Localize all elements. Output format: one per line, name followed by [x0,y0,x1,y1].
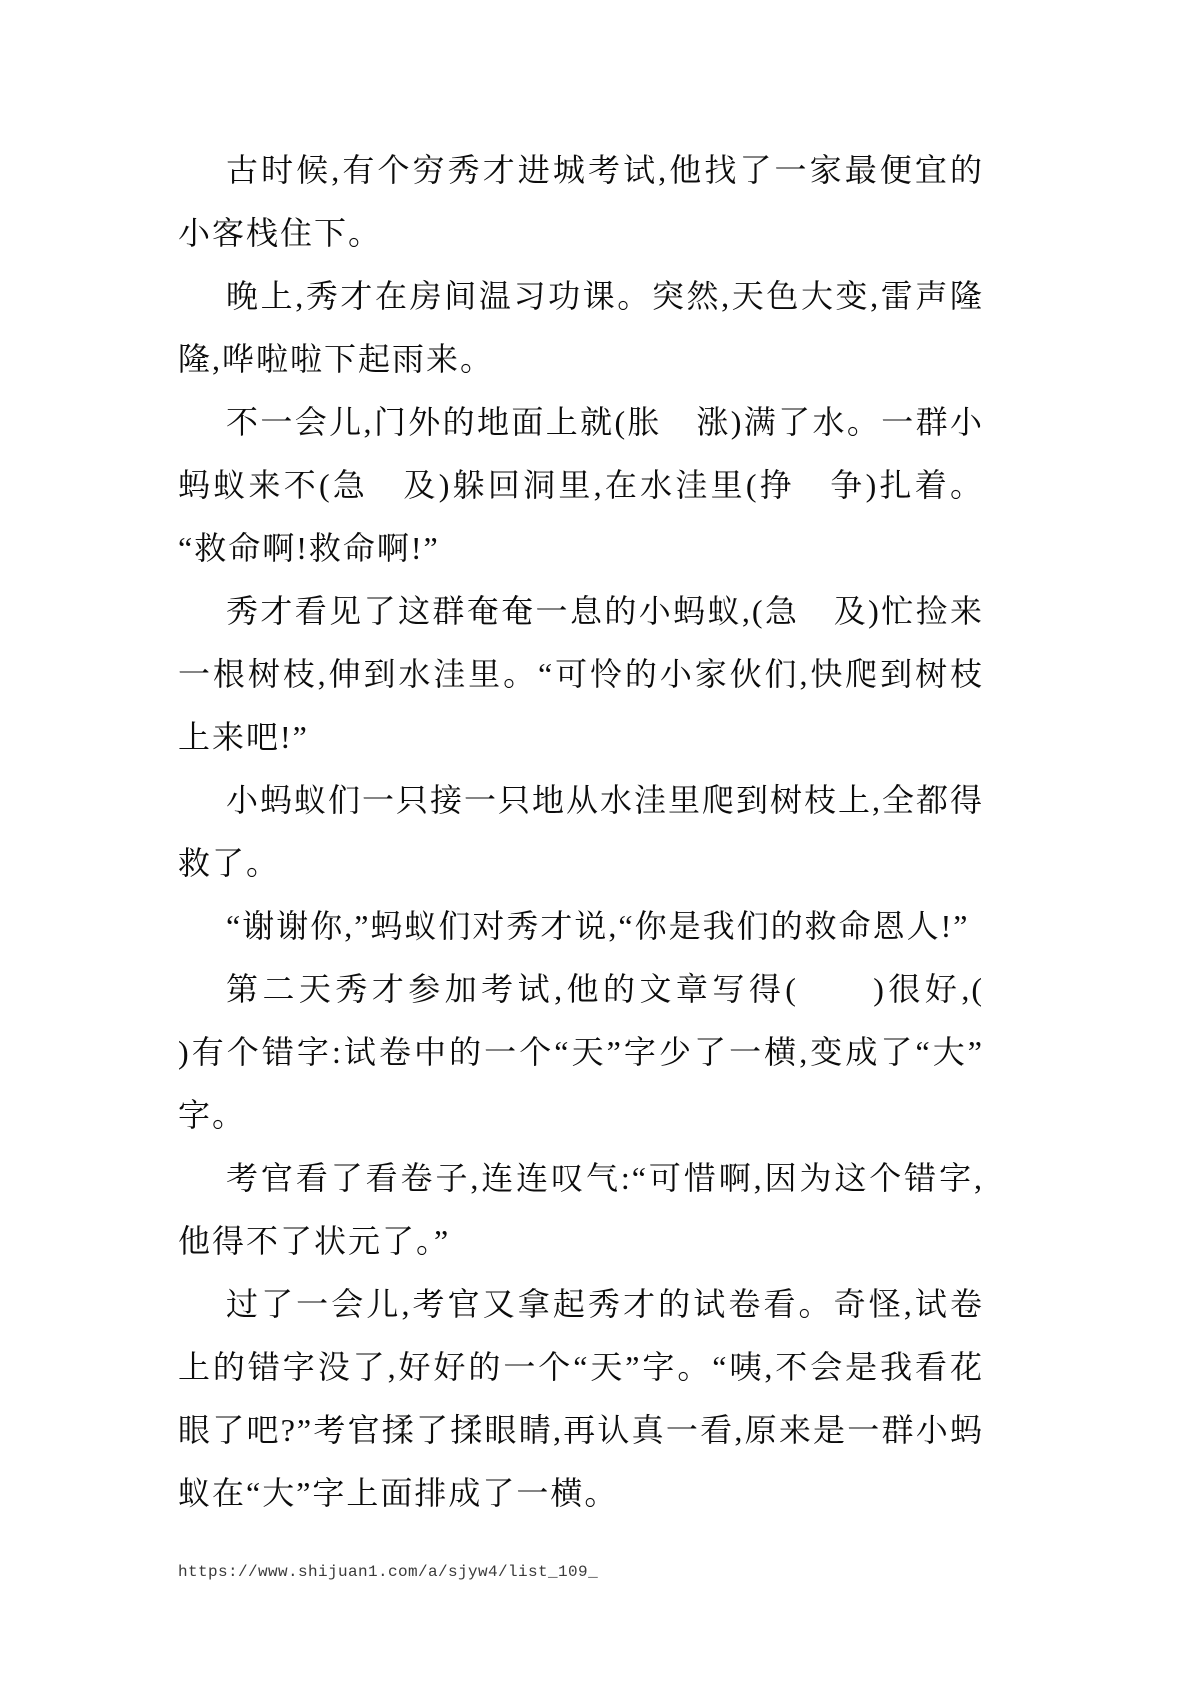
document-page: 古时候,有个穷秀才进城考试,他找了一家最便宜的小客栈住下。 晚上,秀才在房间温习… [0,0,1191,1684]
paragraph: “谢谢你,”蚂蚁们对秀才说,“你是我们的救命恩人!” [178,895,984,958]
paragraph: 古时候,有个穷秀才进城考试,他找了一家最便宜的小客栈住下。 [178,139,984,265]
paragraph: 晚上,秀才在房间温习功课。突然,天色大变,雷声隆隆,哗啦啦下起雨来。 [178,265,984,391]
paragraph: 不一会儿,门外的地面上就(胀 涨)满了水。一群小蚂蚁来不(急 及)躲回洞里,在水… [178,391,984,580]
paragraph: 考官看了看卷子,连连叹气:“可惜啊,因为这个错字,他得不了状元了。” [178,1147,984,1273]
footer-url: https://www.shijuan1.com/a/sjyw4/list_10… [178,1563,598,1581]
paragraph: 小蚂蚁们一只接一只地从水洼里爬到树枝上,全都得救了。 [178,769,984,895]
paragraph: 第二天秀才参加考试,他的文章写得( )很好,( )有个错字:试卷中的一个“天”字… [178,958,984,1147]
document-body: 古时候,有个穷秀才进城考试,他找了一家最便宜的小客栈住下。 晚上,秀才在房间温习… [178,139,984,1525]
paragraph: 秀才看见了这群奄奄一息的小蚂蚁,(急 及)忙捡来一根树枝,伸到水洼里。“可怜的小… [178,580,984,769]
paragraph: 过了一会儿,考官又拿起秀才的试卷看。奇怪,试卷上的错字没了,好好的一个“天”字。… [178,1273,984,1525]
